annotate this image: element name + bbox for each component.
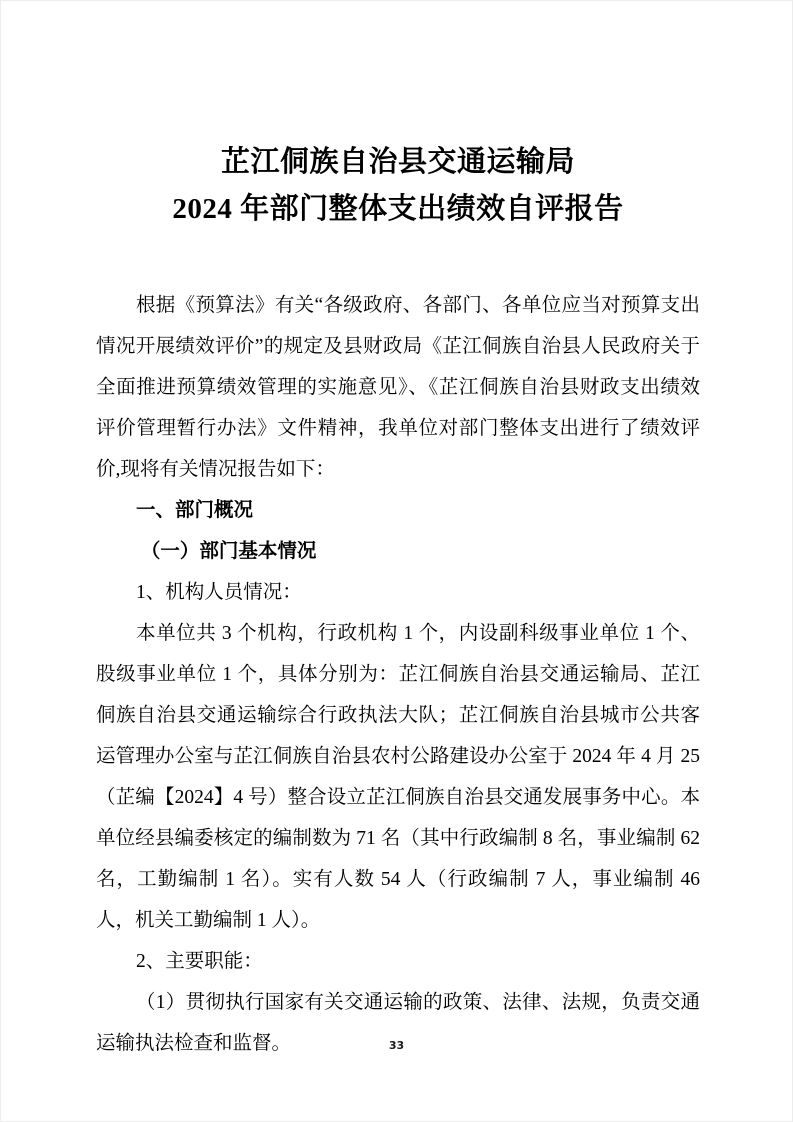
document-page: 芷江侗族自治县交通运输局 2024 年部门整体支出绩效自评报告 根据《预算法》有… (0, 0, 793, 1122)
document-content: 芷江侗族自治县交通运输局 2024 年部门整体支出绩效自评报告 根据《预算法》有… (96, 139, 700, 1064)
title-line-2: 2024 年部门整体支出绩效自评报告 (96, 186, 700, 233)
subsection-heading-1-1: （一）部门基本情况 (96, 531, 700, 572)
document-title: 芷江侗族自治县交通运输局 2024 年部门整体支出绩效自评报告 (96, 139, 700, 233)
paragraph-intro: 根据《预算法》有关“各级政府、各部门、各单位应当对预算支出情况开展绩效评价”的规… (96, 285, 700, 490)
paragraph-functions-label: 2、主要职能： (96, 941, 700, 982)
section-heading-1: 一、部门概况 (96, 490, 700, 531)
paragraph-staff-detail: 本单位共 3 个机构，行政机构 1 个，内设副科级事业单位 1 个、股级事业单位… (96, 613, 700, 941)
document-body: 根据《预算法》有关“各级政府、各部门、各单位应当对预算支出情况开展绩效评价”的规… (96, 285, 700, 1064)
page-number: 33 (1, 1039, 792, 1052)
paragraph-staff-label: 1、机构人员情况： (96, 572, 700, 613)
title-line-1: 芷江侗族自治县交通运输局 (96, 139, 700, 186)
